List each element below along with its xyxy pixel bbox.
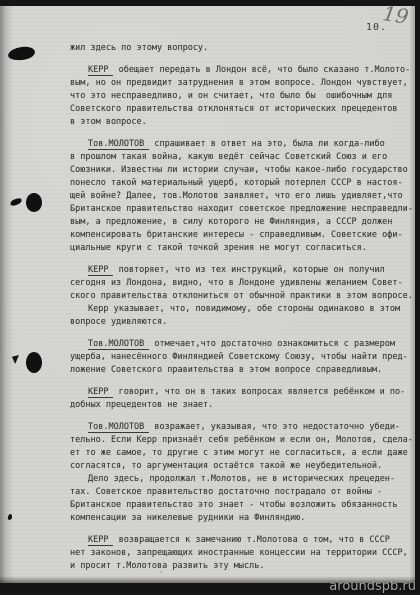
speaker-name: КЕРР [88, 535, 113, 546]
paragraph: Тов.МОЛОТОВ спрашивает в ответ на это, б… [70, 138, 416, 255]
text-line: КЕРР повторяет, что из тех инструкций, к… [70, 264, 416, 277]
text-line: вопросе удивляются. [70, 316, 416, 329]
text-line: Британское правительство это знает - что… [70, 499, 416, 512]
text-line: ского правительства отклониться от обычн… [70, 290, 416, 303]
text-line: ложение Советского правительства в этом … [70, 364, 416, 377]
paragraph: Керр указывает, что, повидимому, обе сто… [70, 303, 416, 329]
speaker-name: Тов.МОЛОТОВ [88, 422, 149, 433]
text-line: добных прецедентов не знает. [70, 399, 416, 412]
text-line: жил здесь по этому вопросу. [70, 42, 416, 55]
speaker-name: КЕРР [88, 65, 113, 76]
watermark: aroundspb.ru [329, 579, 416, 594]
text-line: циальные круги с такой точкой зрения не … [70, 242, 416, 255]
text-line: компенсировать британские интересы - спр… [70, 229, 416, 242]
text-line: щей войне? Далее, тов.Молотов заявляет, … [70, 190, 416, 203]
ink-blot [26, 352, 42, 373]
speaker-name: КЕРР [88, 387, 113, 398]
document-body: жил здесь по этому вопросу.КЕРР обещает … [70, 42, 416, 573]
paragraph: Тов.МОЛОТОВ отмечает,что достаточно озна… [70, 338, 416, 377]
text-line: вым, но он предвидит затруднения в этом … [70, 77, 416, 90]
text-line: Советского правительства отклоняться от … [70, 103, 416, 116]
speaker-name: Тов.МОЛОТОВ [88, 139, 149, 150]
text-line: компенсации за никелевые рудники на Финл… [70, 512, 416, 525]
text-line: Тов.МОЛОТОВ отмечает,что достаточно озна… [70, 338, 416, 351]
text-line: и просит т.Молотова развить эту мысль. [70, 560, 416, 573]
scan-edge-right [415, 0, 420, 595]
paragraph: Тов.МОЛОТОВ возражает, указывая, что это… [70, 421, 416, 473]
text-line: Тов.МОЛОТОВ спрашивает в ответ на это, б… [70, 138, 416, 151]
paragraph: жил здесь по этому вопросу. [70, 42, 416, 55]
speaker-name: Тов.МОЛОТОВ [88, 339, 149, 350]
text-line: тельно. Если Керр признаёт себя ребёнком… [70, 434, 416, 447]
text-line: вым, а предложение, в силу которого не Ф… [70, 216, 416, 229]
text-line: понесло такой материальный ущерб, которы… [70, 177, 416, 190]
text-line: Британское правительство находит советск… [70, 203, 416, 216]
text-line: что это несправедливо, и он считает, что… [70, 90, 416, 103]
text-line: КЕРР обещает передать в Лондон всё, что … [70, 64, 416, 77]
text-line: в прошлом такая война, какую ведёт сейча… [70, 151, 416, 164]
text-line: тах. Советское правительство достаточно … [70, 486, 416, 499]
text-line: Тов.МОЛОТОВ возражает, указывая, что это… [70, 421, 416, 434]
text-line: ет то же самое, то другие с этим могут н… [70, 447, 416, 460]
text-line: сегодня из Лондона, видно, что в Лондоне… [70, 277, 416, 290]
text-line: Керр указывает, что, повидимому, обе сто… [70, 303, 416, 316]
paragraph: КЕРР повторяет, что из тех инструкций, к… [70, 264, 416, 303]
text-line: КЕРР возвращается к замечанию т.Молотова… [70, 534, 416, 547]
text-line: согласятся, то аргументация остаётся так… [70, 460, 416, 473]
paper-left-shadow [0, 0, 14, 595]
paragraph: КЕРР говорит, что он в таких вопросах яв… [70, 386, 416, 412]
scan-edge-top [0, 0, 420, 6]
paragraph: КЕРР возвращается к замечанию т.Молотова… [70, 534, 416, 573]
text-line: КЕРР говорит, что он в таких вопросах яв… [70, 386, 416, 399]
paragraph: Дело здесь, продолжал т.Молотов, не в ис… [70, 473, 416, 525]
text-line: Союзники. Известны ли истории случаи, чт… [70, 164, 416, 177]
text-line: ущерба, нанесённого Финляндией Советском… [70, 351, 416, 364]
paragraph: КЕРР обещает передать в Лондон всё, что … [70, 64, 416, 129]
page-number: 10. [366, 22, 387, 33]
scanned-page: 19 10. жил здесь по этому вопросу.КЕРР о… [0, 0, 420, 595]
speaker-name: КЕРР [88, 265, 113, 276]
text-line: нет законов, запрещающих иностранные кон… [70, 547, 416, 560]
ink-blot [26, 193, 42, 212]
text-line: Дело здесь, продолжал т.Молотов, не в ис… [70, 473, 416, 486]
text-line: в этом вопросе. [70, 116, 416, 129]
